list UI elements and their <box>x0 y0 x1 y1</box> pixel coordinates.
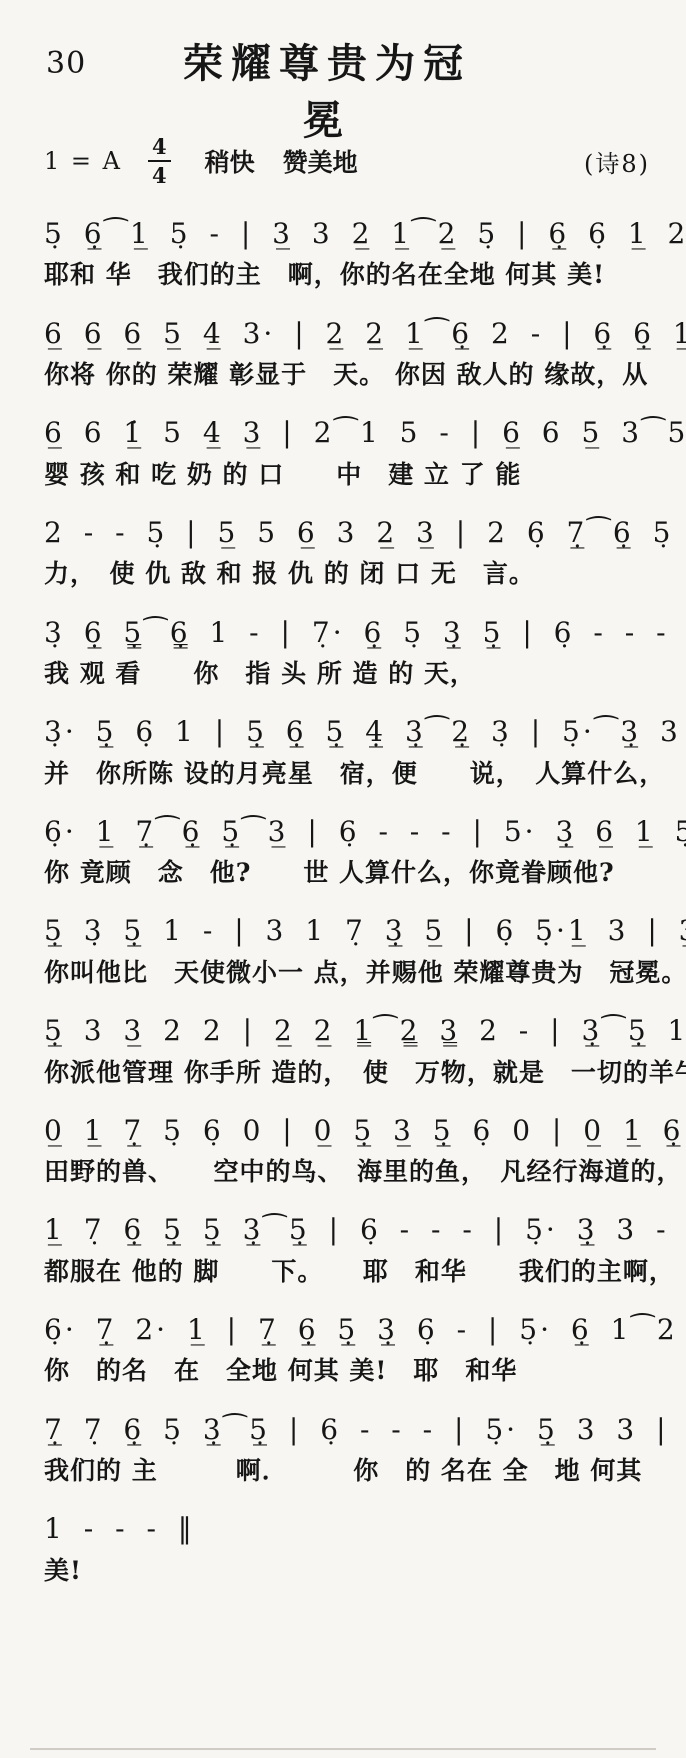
score-line: 2 - - 5̣ | 5̲ 5 6̲ 3 2̲ 3̲ | 2 6̣ 7̲̣⁀6̲… <box>44 511 650 590</box>
time-signature-denominator: 4 <box>152 162 167 186</box>
lyrics-line: 你叫他比 天使微小一 点，并赐他 荣耀尊贵为 冠冕。 <box>44 957 650 988</box>
score-line: 6̣· 1̲ 7̲̣⁀6̲̣ 5̲̣⁀3̲ | 6̣ - - - | 5· 3̲… <box>44 810 650 889</box>
notation-line: 7̲̣ 7̣ 6̲̣ 5̣ 3̲̣⁀5̲̣ | 6̣ - - - | 5̣· 5… <box>44 1408 650 1451</box>
score-line: 6̲ 6̲ 6̲ 5̲ 4̲ 3· | 2̲ 2̲ 1̲⁀6̲̣ 2 - | 6… <box>44 312 650 391</box>
sheet-music-page: 30 荣耀尊贵为冠冕 1 = A 4 4 稍快 赞美地 (诗8) 5̣ 6̲̣⁀… <box>0 0 686 1758</box>
lyrics-line: 并 你所陈 设的月亮星 宿，便 说， 人算什么， <box>44 758 650 789</box>
score-line: 6̣· 7̲̣ 2· 1̲ | 7̲̣ 6̲̣ 5̲̣ 3̲̣ 6̣ - | 5… <box>44 1308 650 1387</box>
notation-line: 3̣· 5̲̣ 6̣ 1 | 5̲̣ 6̲̣ 5̲̣ 4̲̣ 3̲̣⁀2̲̣ 3… <box>44 710 650 753</box>
lyrics-line: 田野的兽、 空中的鸟、 海里的鱼， 凡经行海道的， <box>44 1156 650 1187</box>
notation-line: 1̲ 7̣ 6̲̣ 5̲̣ 5̲̣ 3̲̣⁀5̲̣ | 6̣ - - - | 5… <box>44 1208 650 1251</box>
score-line: 5̲̣ 3 3̲ 2 2 | 2̲ 2̲ 1̳⁀2̳ 3̳ 2 - | 3̲̣⁀… <box>44 1009 650 1088</box>
score-line: 0̲ 1̲ 7̲̣ 5̣ 6̣ 0 | 0̲ 5̲̣ 3̲ 5̲̣ 6̣ 0 |… <box>44 1109 650 1188</box>
page-edge-line <box>30 1748 656 1750</box>
lyrics-line: 你 的名 在 全地 何其 美! 耶 和华 <box>44 1355 650 1386</box>
score-line: 5̣ 6̲̣⁀1̲ 5̣ - | 3̲ 3 2̲ 1̲⁀2̲ 5̣ | 6̲̣ … <box>44 212 650 291</box>
notation-line: 5̲̣ 3 3̲ 2 2 | 2̲ 2̲ 1̳⁀2̳ 3̳ 2 - | 3̲̣⁀… <box>44 1009 650 1052</box>
notation-line: 6̲ 6̲ 6̲ 5̲ 4̲ 3· | 2̲ 2̲ 1̲⁀6̲̣ 2 - | 6… <box>44 312 650 355</box>
lyrics-line: 耶和 华 我们的主 啊，你的名在全地 何其 美! <box>44 259 650 290</box>
score-line: 6̲ 6 1̲̇ 5 4̲ 3̲ | 2⁀1 5 - | 6̲ 6 5̲ 3⁀5… <box>44 411 650 490</box>
notation-line: 3̣ 6̲̣ 5̳̣⁀6̳̣ 1 - | 7̣· 6̲̣ 5̣ 3̲̣ 5̲̣ … <box>44 611 650 654</box>
lyrics-line: 你派他管理 你手所 造的， 使 万物，就是 一切的羊牛、 <box>44 1057 650 1088</box>
notation-line: 1 - - - ‖ <box>44 1507 650 1550</box>
lyrics-line: 你将 你的 荣耀 彰显于 天。 你因 敌人的 缘故，从 <box>44 359 650 390</box>
notation-line: 6̲ 6 1̲̇ 5 4̲ 3̲ | 2⁀1 5 - | 6̲ 6 5̲ 3⁀5… <box>44 411 650 454</box>
lyrics-line: 我 观 看 你 指 头 所 造 的 天， <box>44 658 650 689</box>
score-line: 3̣· 5̲̣ 6̣ 1 | 5̲̣ 6̲̣ 5̲̣ 4̲̣ 3̲̣⁀2̲̣ 3… <box>44 710 650 789</box>
notation-line: 5̣ 6̲̣⁀1̲ 5̣ - | 3̲ 3 2̲ 1̲⁀2̲ 5̣ | 6̲̣ … <box>44 212 650 255</box>
notation-line: 6̣· 1̲ 7̲̣⁀6̲̣ 5̲̣⁀3̲ | 6̣ - - - | 5· 3̲… <box>44 810 650 853</box>
scripture-reference: (诗8) <box>584 144 650 179</box>
expression-marking: 赞美地 <box>283 143 358 179</box>
notation-line: 6̣· 7̲̣ 2· 1̲ | 7̲̣ 6̲̣ 5̲̣ 3̲̣ 6̣ - | 5… <box>44 1308 650 1351</box>
lyrics-line: 我们的 主 啊． 你 的 名在 全 地 何其 <box>44 1455 650 1486</box>
score-line: 1 - - - ‖ 美! <box>44 1507 650 1586</box>
score-line: 7̲̣ 7̣ 6̲̣ 5̣ 3̲̣⁀5̲̣ | 6̣ - - - | 5̣· 5… <box>44 1408 650 1487</box>
score-line: 3̣ 6̲̣ 5̳̣⁀6̳̣ 1 - | 7̣· 6̲̣ 5̣ 3̲̣ 5̲̣ … <box>44 611 650 690</box>
lyrics-line: 婴 孩 和 吃 奶 的 口 中 建 立 了 能 <box>44 459 650 490</box>
lyrics-line: 你 竟顾 念 他? 世 人算什么，你竟眷顾他? <box>44 857 650 888</box>
lyrics-line: 力， 使 仇 敌 和 报 仇 的 闭 口 无 言。 <box>44 558 650 589</box>
notation-line: 0̲ 1̲ 7̲̣ 5̣ 6̣ 0 | 0̲ 5̲̣ 3̲ 5̲̣ 6̣ 0 |… <box>44 1109 650 1152</box>
tempo-marking: 稍快 <box>205 143 255 179</box>
lyrics-line: 美! <box>44 1555 650 1586</box>
page-number: 30 <box>46 46 86 81</box>
notation-line: 2 - - 5̣ | 5̲ 5 6̲ 3 2̲ 3̲ | 2 6̣ 7̲̣⁀6̲… <box>44 511 650 554</box>
score-line: 1̲ 7̣ 6̲̣ 5̲̣ 5̲̣ 3̲̣⁀5̲̣ | 6̣ - - - | 5… <box>44 1208 650 1287</box>
title-row: 30 荣耀尊贵为冠冕 <box>44 30 650 94</box>
lyrics-line: 都服在 他的 脚 下。 耶 和华 我们的主啊， <box>44 1256 650 1287</box>
key-signature: 1 = A <box>44 147 122 175</box>
score-line: 5̲̣ 3̣ 5̲̣ 1 - | 3 1 7̣ 3̲̣ 5̲ | 6̣ 5̣·1… <box>44 909 650 988</box>
hymn-title: 荣耀尊贵为冠冕 <box>164 32 490 146</box>
notation-line: 5̲̣ 3̣ 5̲̣ 1 - | 3 1 7̣ 3̲̣ 5̲ | 6̣ 5̣·1… <box>44 909 650 952</box>
score-body: 5̣ 6̲̣⁀1̲ 5̣ - | 3̲ 3 2̲ 1̲⁀2̲ 5̣ | 6̲̣ … <box>44 212 650 1586</box>
